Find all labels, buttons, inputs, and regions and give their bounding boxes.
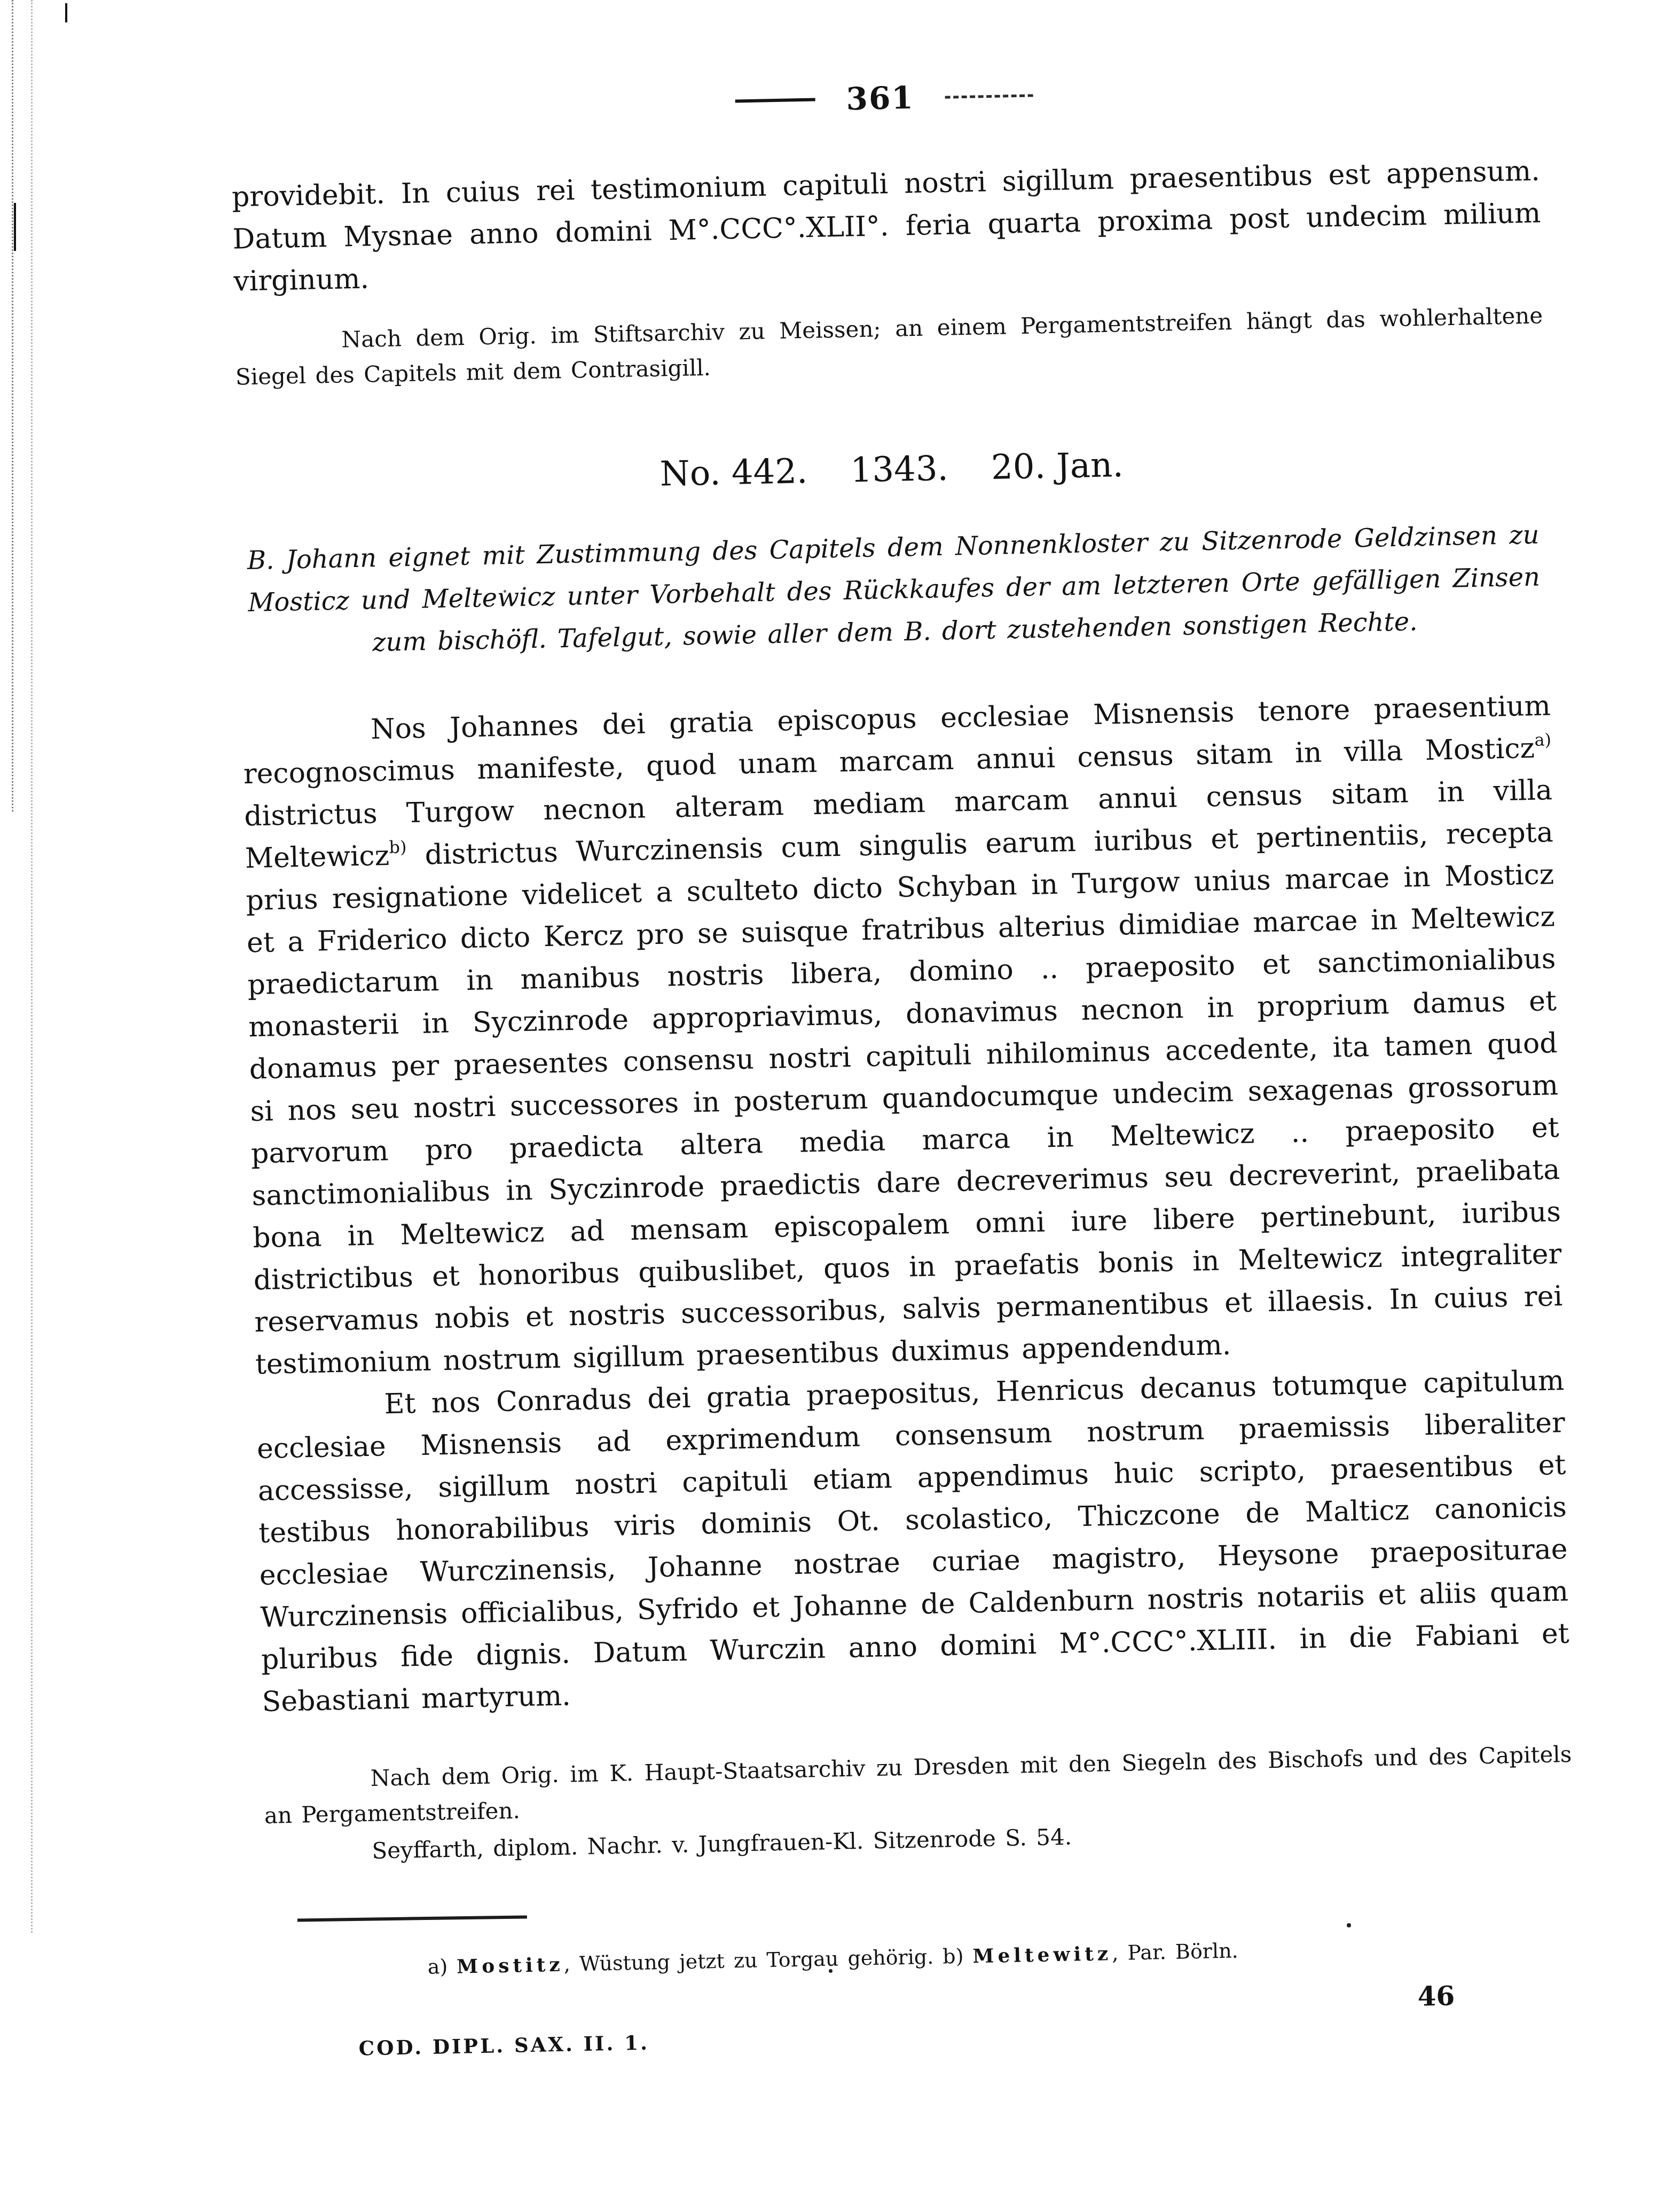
entry-number: No. 442. [659,452,808,494]
corner-ink-mark [65,3,67,22]
header-dash-left [735,98,815,103]
footnote-separator-rule [297,1915,527,1922]
charter-paragraph-1: Nos Johannes dei gratia episcopus eccles… [242,685,1564,1386]
footnote-a-label: a) [427,1955,457,1979]
entry-regest: B. Johann eignet mit Zustimmung des Capi… [247,514,1541,667]
footnote-a-name: Mostitz [457,1954,564,1978]
gutter-artifact-line [31,0,33,1933]
footnote-b-label: b) [943,1944,973,1968]
footnote-b-name: Meltewitz [972,1942,1112,1967]
header-dash-right [945,94,1033,98]
footnote-marker-a: a) [1534,729,1551,750]
scan-page: { "page": { "number": "361", "signature_… [0,0,1657,2212]
footnotes: a) Mostitz, Wüstung jetzt zu Torgau gehö… [267,1929,1576,1986]
page-header: 361 [230,67,1538,129]
entry-year: 1343. [850,449,949,491]
charter-paragraph-2: Et nos Conradus dei gratia praepositus, … [256,1360,1570,1723]
gutter-artifact-mark [14,203,16,251]
entry-date: 20. Jan. [991,445,1124,487]
gutter-artifact-line [12,0,13,812]
previous-entry-archive-note: Nach dem Orig. im Stiftsarchiv zu Meisse… [234,298,1544,395]
charter-text-segment: districtus Wurczinensis cum singulis ear… [246,816,1563,1381]
entry-heading: No. 442. 1343. 20. Jan. [237,437,1546,502]
footnote-marker-b: b) [389,837,407,857]
previous-entry-text: providebit. In cuius rei testimonium cap… [231,150,1542,303]
page-content: 361 providebit. In cuius rei testimonium… [230,67,1577,2061]
page-number: 361 [846,80,914,117]
footnote-a-text: , Wüstung jetzt zu Torgau gehörig. [563,1945,943,1975]
entry-body: Nos Johannes dei gratia episcopus eccles… [242,685,1570,1723]
charter-text-segment: Nos Johannes dei gratia episcopus eccles… [243,690,1551,790]
footnote-b-text: , Par. Börln. [1112,1939,1238,1965]
